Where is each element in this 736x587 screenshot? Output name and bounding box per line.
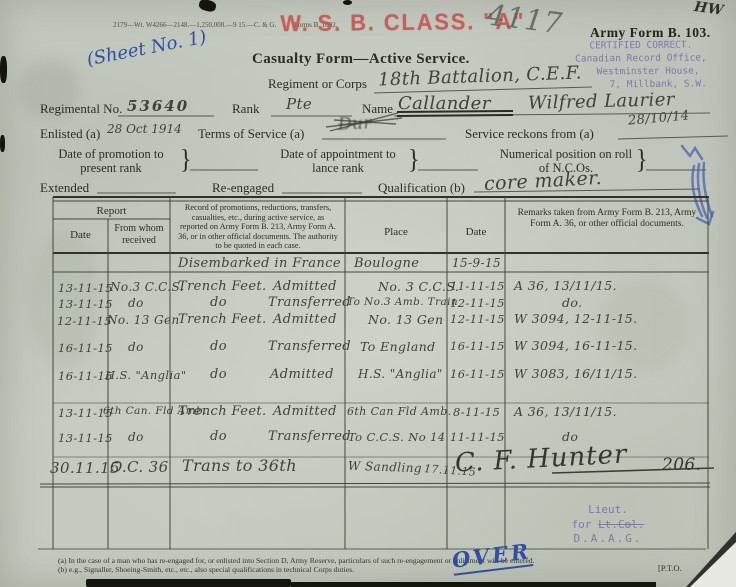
- row-from: do: [128, 340, 144, 354]
- row-place: No. 13 Gen: [368, 312, 444, 327]
- row-record: Trans to 36th: [182, 456, 297, 475]
- row-record: do: [210, 429, 227, 444]
- signature-number: 206.: [662, 455, 701, 475]
- lieut-stamp-line: for Lt.Col.: [548, 518, 668, 533]
- lieut-daag-stamp: Lieut. for Lt.Col. D.A.A.G.: [548, 503, 668, 547]
- row-date: 15-9-15: [452, 256, 501, 270]
- row-remarks: do.: [562, 295, 582, 310]
- row-date: 13-11-15: [58, 297, 113, 311]
- row-record: do: [210, 367, 227, 382]
- row-record-action: Transferred: [268, 429, 351, 444]
- row-date2: 12-11-15: [450, 312, 505, 326]
- row-date2: 16-11-15: [450, 367, 505, 381]
- row-remarks: W 3094, 16-11-15.: [514, 338, 638, 353]
- row-record-action: Admitted: [273, 312, 337, 327]
- row-record: Trench Feet.: [178, 404, 267, 419]
- row-place: W Sandling: [348, 459, 422, 476]
- row-record: do: [210, 339, 227, 354]
- row-date: 13-11-15: [58, 431, 113, 445]
- row-place: 6th Can Fld Amb.: [347, 405, 452, 418]
- col-header-remarks: Remarks taken from Army Form B. 213, Arm…: [512, 208, 702, 230]
- row-date2: 11-11-15: [450, 430, 505, 444]
- row-from: No. 13 Gen: [107, 313, 180, 327]
- row-date: 13-11-15: [58, 281, 113, 295]
- row-from: O.C. 36: [110, 458, 169, 476]
- row-record: do: [210, 295, 227, 310]
- lieut-stamp-ltcol: Lt.Col.: [598, 518, 644, 531]
- footnote-b: (b) e.g., Signaller, Shoeing-Smith, etc.…: [58, 565, 354, 574]
- row-date2: 16-11-15: [450, 339, 505, 353]
- row-date: 12-11-15: [57, 314, 112, 328]
- row-record-action: Admitted: [273, 404, 337, 419]
- lieut-stamp-for: for: [572, 518, 599, 531]
- row-record-action: Transferred: [268, 295, 351, 310]
- row-remarks: W 3094, 12-11-15.: [514, 311, 638, 326]
- row-date2: 11-11-15: [450, 279, 505, 293]
- col-header-place: Place: [345, 226, 447, 238]
- row-record: Trench Feet.: [178, 279, 267, 294]
- row-record-action: Admitted: [273, 279, 337, 294]
- row-from: do: [128, 296, 144, 310]
- row-record-action: Transferred: [268, 339, 351, 354]
- row-from: do: [128, 430, 144, 444]
- row-place: To No.3 Amb. Train: [347, 296, 458, 308]
- pto-label: [P.T.O.: [658, 563, 682, 573]
- col-header-from-whom: From whom received: [109, 223, 169, 247]
- row-record: Trench Feet.: [178, 312, 267, 327]
- row-place: Boulogne: [354, 256, 419, 271]
- row-remarks: W 3083, 16/11/15.: [514, 366, 638, 381]
- row-from: H.S. "Anglia": [105, 368, 187, 382]
- lieut-stamp-line: D.A.A.G.: [548, 532, 668, 547]
- row-place: To England: [360, 339, 436, 354]
- col-header-date2: Date: [447, 226, 505, 238]
- row-record-action: Admitted: [270, 367, 334, 382]
- row-record: Disembarked in France: [178, 256, 341, 271]
- lieut-stamp-line: Lieut.: [548, 503, 668, 518]
- col-header-date: Date: [53, 229, 108, 241]
- row-place: To C.C.S. No 14: [348, 430, 446, 444]
- row-place: No. 3 C.C.S.: [378, 279, 459, 294]
- row-date2: 8-11-15: [453, 405, 500, 419]
- row-remarks: A 36, 13/11/15.: [514, 278, 617, 293]
- casualty-form-document: 2179—Wt. W4266—2148.—1,250,000.—9 15.—C.…: [0, 0, 736, 587]
- row-from: No.3 C.C.S.: [110, 280, 184, 294]
- row-place: H.S. "Anglia": [358, 367, 443, 381]
- row-remarks: A 36, 13/11/15.: [514, 404, 617, 419]
- row-date: 16-11-15: [58, 341, 113, 355]
- row-date2: 12-11-15: [450, 296, 505, 310]
- col-header-record: Record of promotions, reductions, transf…: [177, 203, 339, 251]
- col-header-report: Report: [53, 205, 170, 217]
